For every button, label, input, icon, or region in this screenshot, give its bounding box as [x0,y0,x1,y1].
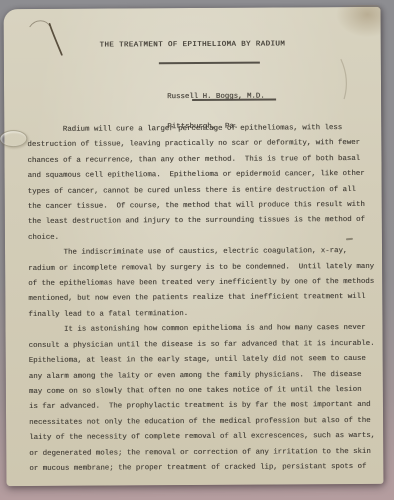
paragraph: Radium will cure a larger percentage of … [27,121,380,246]
text-line: mentioned, but now even the patients rea… [28,290,380,308]
paragraph: The indiscriminate use of caustics, elec… [28,244,380,323]
document-body: Radium will cure a larger percentage of … [27,121,381,477]
document-page: THE TREATMENT OF EPITHELIOMA BY RADIUM R… [4,7,384,486]
author-name: Russell H. Boggs, M.D. [167,92,265,103]
text-line: and squamous cell epithelioma. Epithelio… [28,167,380,185]
text-line: laity of the necessity of complete remov… [29,429,381,447]
corner-stain [337,5,381,37]
title-divider [159,62,260,64]
text-line: or mucous membrane; the proper treatment… [29,460,381,478]
paragraph: It is astonishing how common epithelioma… [28,321,381,477]
emboss-mark [0,130,27,147]
document-title: THE TREATMENT OF EPITHELIOMA BY RADIUM [4,40,381,50]
crease-line [341,59,347,99]
text-line: the least destruction and injury to the … [28,213,380,231]
text-line: is far advanced. The prophylactic treatm… [29,398,381,416]
text-line: It is astonishing how common epithelioma… [28,321,380,339]
text-line: Epithelioma, at least in the early stage… [29,352,381,370]
desk-background: THE TREATMENT OF EPITHELIOMA BY RADIUM R… [0,0,394,500]
text-line: The indiscriminate use of caustics, elec… [28,244,380,262]
